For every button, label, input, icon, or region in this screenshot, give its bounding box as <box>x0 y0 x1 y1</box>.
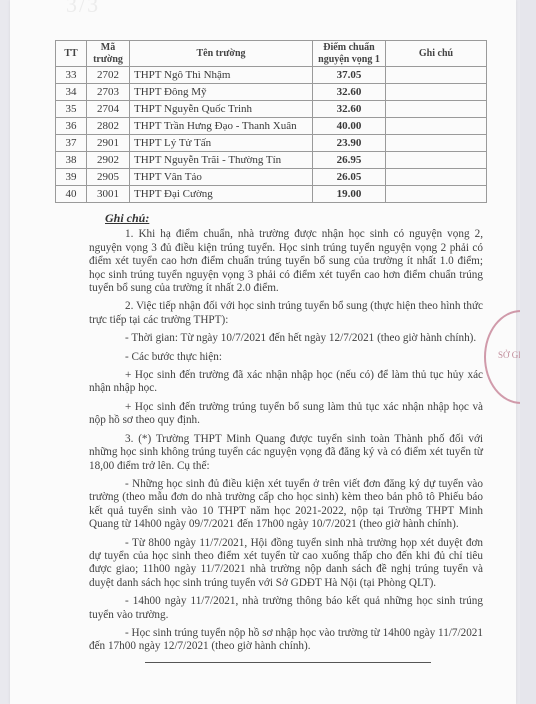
table-row: 352704THPT Nguyễn Quốc Trinh32.60 <box>56 101 487 118</box>
document-page: 3/3 TT Mã trường Tên trường Điểm chuẩn n… <box>10 0 516 704</box>
row-ma-truong: 2704 <box>87 101 130 118</box>
row-diem-chuan: 26.95 <box>313 152 386 169</box>
table-row: 382902THPT Nguyễn Trãi - Thường Tín26.95 <box>56 152 487 169</box>
table-row: 403001THPT Đại Cường19.00 <box>56 186 487 203</box>
row-tt: 35 <box>56 101 87 118</box>
notes-section: Ghi chú: 1. Khi hạ điểm chuẩn, nhà trườn… <box>89 212 483 659</box>
note-paragraph: - Từ 8h00 ngày 11/7/2021, Hội đồng tuyển… <box>89 537 483 591</box>
note-paragraph: 3. (*) Trường THPT Minh Quang được tuyển… <box>89 433 483 473</box>
table-row: 372901THPT Lý Tử Tấn23.90 <box>56 135 487 152</box>
row-ten-truong: THPT Lý Tử Tấn <box>130 135 313 152</box>
row-ma-truong: 2901 <box>87 135 130 152</box>
table-row: 362802THPT Trần Hưng Đạo - Thanh Xuân40.… <box>56 118 487 135</box>
admission-score-table: TT Mã trường Tên trường Điểm chuẩn nguyệ… <box>55 40 487 203</box>
row-ten-truong: THPT Trần Hưng Đạo - Thanh Xuân <box>130 118 313 135</box>
row-diem-chuan: 37.05 <box>313 67 386 84</box>
row-diem-chuan: 19.00 <box>313 186 386 203</box>
note-paragraph: - Những học sinh đủ điều kiện xét tuyển … <box>89 478 483 532</box>
header-tt: TT <box>56 41 87 67</box>
row-ma-truong: 2902 <box>87 152 130 169</box>
row-ma-truong: 3001 <box>87 186 130 203</box>
row-tt: 40 <box>56 186 87 203</box>
page-number: 3/3 <box>66 0 100 18</box>
row-ten-truong: THPT Vân Tảo <box>130 169 313 186</box>
row-diem-chuan: 32.60 <box>313 101 386 118</box>
row-ma-truong: 2703 <box>87 84 130 101</box>
note-paragraph: + Học sinh đến trường đã xác nhận nhập h… <box>89 369 483 396</box>
row-ten-truong: THPT Ngô Thì Nhậm <box>130 67 313 84</box>
notes-title: Ghi chú: <box>105 212 483 225</box>
header-ghi-chu: Ghi chú <box>386 41 487 67</box>
row-ma-truong: 2802 <box>87 118 130 135</box>
table-row: 392905THPT Vân Tảo26.05 <box>56 169 487 186</box>
row-ma-truong: 2702 <box>87 67 130 84</box>
scrollbar[interactable] <box>520 0 536 704</box>
note-paragraph: 1. Khi hạ điểm chuẩn, nhà trường được nh… <box>89 228 483 295</box>
header-ten-truong: Tên trường <box>130 41 313 67</box>
row-ghi-chu <box>386 67 487 84</box>
row-diem-chuan: 32.60 <box>313 84 386 101</box>
note-paragraph: - 14h00 ngày 11/7/2021, nhà trường thông… <box>89 595 483 622</box>
row-diem-chuan: 26.05 <box>313 169 386 186</box>
row-ma-truong: 2905 <box>87 169 130 186</box>
row-ghi-chu <box>386 169 487 186</box>
note-paragraph: - Thời gian: Từ ngày 10/7/2021 đến hết n… <box>89 332 483 345</box>
note-paragraph: - Học sinh trúng tuyển nộp hồ sơ nhập họ… <box>89 627 483 654</box>
header-ma-truong: Mã trường <box>87 41 130 67</box>
row-ten-truong: THPT Nguyễn Trãi - Thường Tín <box>130 152 313 169</box>
row-ghi-chu <box>386 101 487 118</box>
row-tt: 39 <box>56 169 87 186</box>
row-ghi-chu <box>386 135 487 152</box>
table-row: 342703THPT Đông Mỹ32.60 <box>56 84 487 101</box>
row-ghi-chu <box>386 118 487 135</box>
note-paragraph: 2. Việc tiếp nhận đối với học sinh trúng… <box>89 300 483 327</box>
note-paragraph: - Các bước thực hiện: <box>89 351 483 364</box>
row-ghi-chu <box>386 152 487 169</box>
end-divider <box>145 662 431 663</box>
row-tt: 37 <box>56 135 87 152</box>
row-ten-truong: THPT Đông Mỹ <box>130 84 313 101</box>
row-ghi-chu <box>386 84 487 101</box>
row-tt: 33 <box>56 67 87 84</box>
row-tt: 34 <box>56 84 87 101</box>
table-row: 332702THPT Ngô Thì Nhậm37.05 <box>56 67 487 84</box>
row-tt: 36 <box>56 118 87 135</box>
row-ten-truong: THPT Đại Cường <box>130 186 313 203</box>
row-ten-truong: THPT Nguyễn Quốc Trinh <box>130 101 313 118</box>
row-diem-chuan: 23.90 <box>313 135 386 152</box>
header-diem-chuan: Điểm chuẩn nguyện vọng 1 <box>313 41 386 67</box>
row-diem-chuan: 40.00 <box>313 118 386 135</box>
table-header-row: TT Mã trường Tên trường Điểm chuẩn nguyệ… <box>56 41 487 67</box>
row-tt: 38 <box>56 152 87 169</box>
row-ghi-chu <box>386 186 487 203</box>
note-paragraph: + Học sinh đến trường trúng tuyển bổ sun… <box>89 401 483 428</box>
